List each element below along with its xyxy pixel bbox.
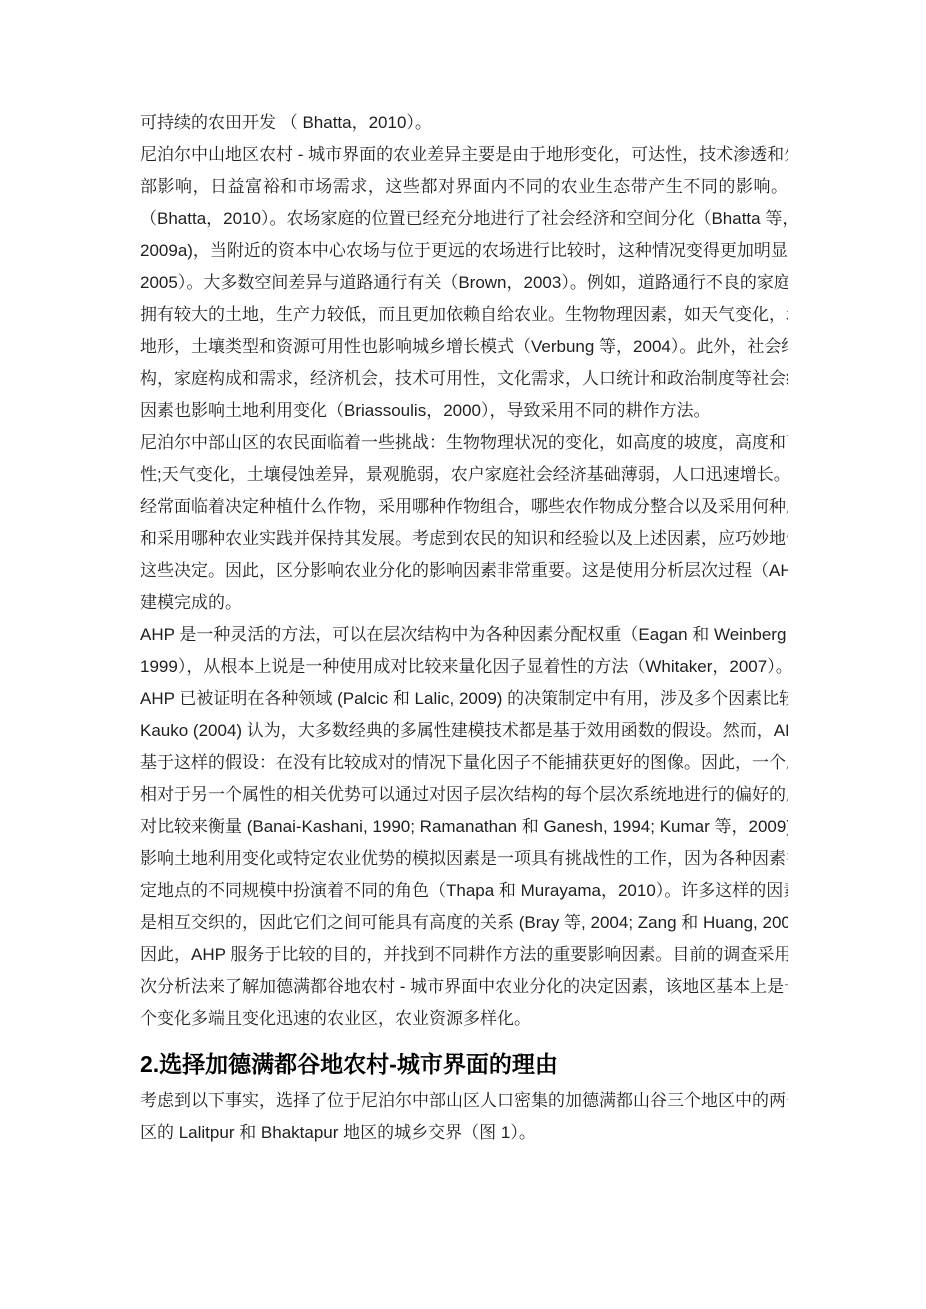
paragraph: 考虑到以下事实，选择了位于尼泊尔中部山区人口密集的加德满都山谷三个地区中的两个地… [140, 1085, 788, 1149]
text-line: 对比较来衡量 (Banai-Kashani, 1990; Ramanathan … [140, 811, 788, 843]
text-line: 区的 Lalitpur 和 Bhaktapur 地区的城乡交界（图 1）。 [140, 1117, 788, 1149]
text-line: 因素也影响土地利用变化（Briassoulis，2000），导致采用不同的耕作方… [140, 395, 788, 427]
text-line: 构，家庭构成和需求，经济机会，技术可用性，文化需求，人口统计和政治制度等社会经济 [140, 363, 788, 395]
section-heading: 2.选择加德满都谷地农村-城市界面的理由 [140, 1049, 788, 1079]
text-line: 尼泊尔中部山区的农民面临着一些挑战：生物物理状况的变化，如高度的坡度，高度和可达 [140, 427, 788, 459]
text-line: AHP 已被证明在各种领域 (Palcic 和 Lalic, 2009) 的决策… [140, 683, 788, 715]
text-line: AHP 是一种灵活的方法，可以在层次结构中为各种因素分配权重（Eagan 和 W… [140, 619, 788, 651]
text-line: 和采用哪种农业实践并保持其发展。考虑到农民的知识和经验以及上述因素，应巧妙地做出 [140, 523, 788, 555]
text-line: 地形，土壤类型和资源可用性也影响城乡增长模式（Verbung 等，2004）。此… [140, 331, 788, 363]
document-page: 可持续的农田开发 （ Bhatta，2010）。尼泊尔中山地区农村 - 城市界面… [0, 0, 926, 1309]
paragraph: 尼泊尔中山地区农村 - 城市界面的农业差异主要是由于地形变化，可达性，技术渗透和… [140, 139, 788, 427]
text-line: 基于这样的假设：在没有比较成对的情况下量化因子不能捕获更好的图像。因此，一个属性 [140, 747, 788, 779]
paragraph: AHP 是一种灵活的方法，可以在层次结构中为各种因素分配权重（Eagan 和 W… [140, 619, 788, 1035]
text-line: 个变化多端且变化迅速的农业区，农业资源多样化。 [140, 1003, 788, 1035]
text-line: 是相互交织的，因此它们之间可能具有高度的关系 (Bray 等, 2004; Za… [140, 907, 788, 939]
text-line: 影响土地利用变化或特定农业优势的模拟因素是一项具有挑战性的工作，因为各种因素在特 [140, 843, 788, 875]
text-line: 拥有较大的土地，生产力较低，而且更加依赖自给农业。生物物理因素，如天气变化，地貌… [140, 299, 788, 331]
document-body: 可持续的农田开发 （ Bhatta，2010）。尼泊尔中山地区农村 - 城市界面… [140, 107, 788, 1149]
text-line: 这些决定。因此，区分影响农业分化的影响因素非常重要。这是使用分析层次过程（AHP… [140, 555, 788, 587]
text-line: 2005）。大多数空间差异与道路通行有关（Brown，2003）。例如，道路通行… [140, 267, 788, 299]
text-line: （Bhatta，2010）。农场家庭的位置已经充分地进行了社会经济和空间分化（B… [140, 203, 788, 235]
text-line: 2009a)，当附近的资本中心农场与位于更远的农场进行比较时，这种情况变得更加明… [140, 235, 788, 267]
paragraph: 可持续的农田开发 （ Bhatta，2010）。 [140, 107, 788, 139]
text-line: 可持续的农田开发 （ Bhatta，2010）。 [140, 107, 788, 139]
paragraph: 尼泊尔中部山区的农民面临着一些挑战：生物物理状况的变化，如高度的坡度，高度和可达… [140, 427, 788, 619]
text-line: 因此，AHP 服务于比较的目的，并找到不同耕作方法的重要影响因素。目前的调查采用… [140, 939, 788, 971]
text-line: 经常面临着决定种植什么作物，采用哪种作物组合，哪些农作物成分整合以及采用何种成分 [140, 491, 788, 523]
text-line: 部影响，日益富裕和市场需求，这些都对界面内不同的农业生态带产生不同的影响。 [140, 171, 788, 203]
text-line: 性;天气变化，土壤侵蚀差异，景观脆弱，农户家庭社会经济基础薄弱，人口迅速增长。农… [140, 459, 788, 491]
text-line: 尼泊尔中山地区农村 - 城市界面的农业差异主要是由于地形变化，可达性，技术渗透和… [140, 139, 788, 171]
text-line: 考虑到以下事实，选择了位于尼泊尔中部山区人口密集的加德满都山谷三个地区中的两个地 [140, 1085, 788, 1117]
text-line: 相对于另一个属性的相关优势可以通过对因子层次结构的每个层次系统地进行的偏好的成 [140, 779, 788, 811]
text-line: 建模完成的。 [140, 587, 788, 619]
text-line: 1999），从根本上说是一种使用成对比较来量化因子显着性的方法（Whitaker… [140, 651, 788, 683]
text-line: Kauko (2004) 认为，大多数经典的多属性建模技术都是基于效用函数的假设… [140, 715, 788, 747]
text-line: 次分析法来了解加德满都谷地农村 - 城市界面中农业分化的决定因素，该地区基本上是… [140, 971, 788, 1003]
text-line: 定地点的不同规模中扮演着不同的角色（Thapa 和 Murayama，2010）… [140, 875, 788, 907]
